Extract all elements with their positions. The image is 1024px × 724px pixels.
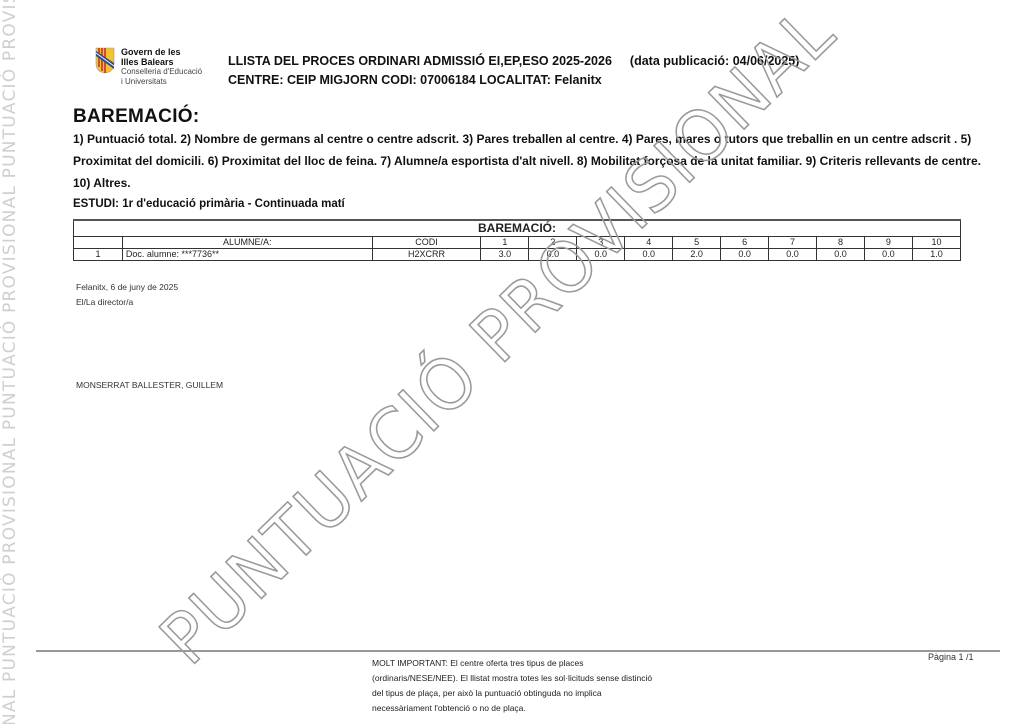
header-cell: 2 (529, 237, 577, 249)
header-cell: 9 (864, 237, 912, 249)
signer-name: MONSERRAT BALLESTER, GUILLEM (76, 380, 223, 390)
govern-logo: Govern de les Illes Balears Conselleria … (95, 47, 202, 87)
score-cell: 0.0 (817, 249, 865, 261)
baremacio-legend: 1) Puntuació total. 2) Nombre de germans… (73, 128, 983, 194)
logo-line-1: Govern de les (121, 47, 202, 57)
header-cell: ALUMNE/A: (122, 237, 372, 249)
score-cell: 0.0 (625, 249, 673, 261)
page-number: Pàgina 1 /1 (928, 652, 974, 662)
baremacio-heading: BAREMACIÓ: (73, 106, 200, 128)
side-watermark: NAL PUNTUACIÓ PROVISIONAL PUNTUACIÓ PROV… (0, 0, 20, 724)
document-header: LLISTA DEL PROCES ORDINARI ADMISSIÓ EI,E… (228, 52, 799, 90)
student-cell: Doc. alumne: ***7736** (122, 249, 372, 261)
header-cell: 5 (673, 237, 721, 249)
signer-role: El/La director/a (76, 295, 178, 310)
logo-line-4: i Universitats (121, 77, 202, 87)
estudi-label: ESTUDI: 1r d'educació primària - Continu… (73, 198, 345, 210)
footer-divider (36, 650, 1000, 652)
header-cell: 8 (817, 237, 865, 249)
place-date: Felanitx, 6 de juny de 2025 (76, 280, 178, 295)
score-cell: 1.0 (912, 249, 960, 261)
header-cell: 1 (481, 237, 529, 249)
header-cell: 3 (577, 237, 625, 249)
score-cell: 3.0 (481, 249, 529, 261)
row-index: 1 (74, 249, 123, 261)
header-cell: 7 (769, 237, 817, 249)
watermark-text: PUNTUACIÓ PROVISIONAL (145, 0, 851, 680)
code-cell: H2XCRR (372, 249, 481, 261)
score-cell: 0.0 (769, 249, 817, 261)
footer-note: MOLT IMPORTANT: El centre oferta tres ti… (372, 656, 662, 716)
baremacio-table: BAREMACIÓ: ALUMNE/A:CODI12345678910 1Doc… (73, 219, 961, 261)
score-cell: 2.0 (673, 249, 721, 261)
logo-line-2: Illes Balears (121, 57, 202, 67)
header-cell: 4 (625, 237, 673, 249)
table-row: 1Doc. alumne: ***7736**H2XCRR3.00.00.00.… (74, 249, 961, 261)
centre-info: CENTRE: CEIP MIGJORN CODI: 07006184 LOCA… (228, 71, 799, 90)
logo-line-3: Conselleria d'Educació (121, 67, 202, 77)
balearic-shield-icon (95, 47, 115, 74)
score-cell: 0.0 (529, 249, 577, 261)
header-index (74, 237, 123, 249)
publication-date: (data publicació: 04/06/2025) (630, 54, 800, 68)
header-cell: 10 (912, 237, 960, 249)
header-cell: CODI (372, 237, 481, 249)
signature-block: Felanitx, 6 de juny de 2025 El/La direct… (76, 280, 178, 310)
table-header-row: ALUMNE/A:CODI12345678910 (74, 237, 961, 249)
document-title: LLISTA DEL PROCES ORDINARI ADMISSIÓ EI,E… (228, 54, 612, 68)
score-cell: 0.0 (577, 249, 625, 261)
score-cell: 0.0 (721, 249, 769, 261)
score-cell: 0.0 (864, 249, 912, 261)
header-cell: 6 (721, 237, 769, 249)
table-title: BAREMACIÓ: (74, 220, 961, 237)
